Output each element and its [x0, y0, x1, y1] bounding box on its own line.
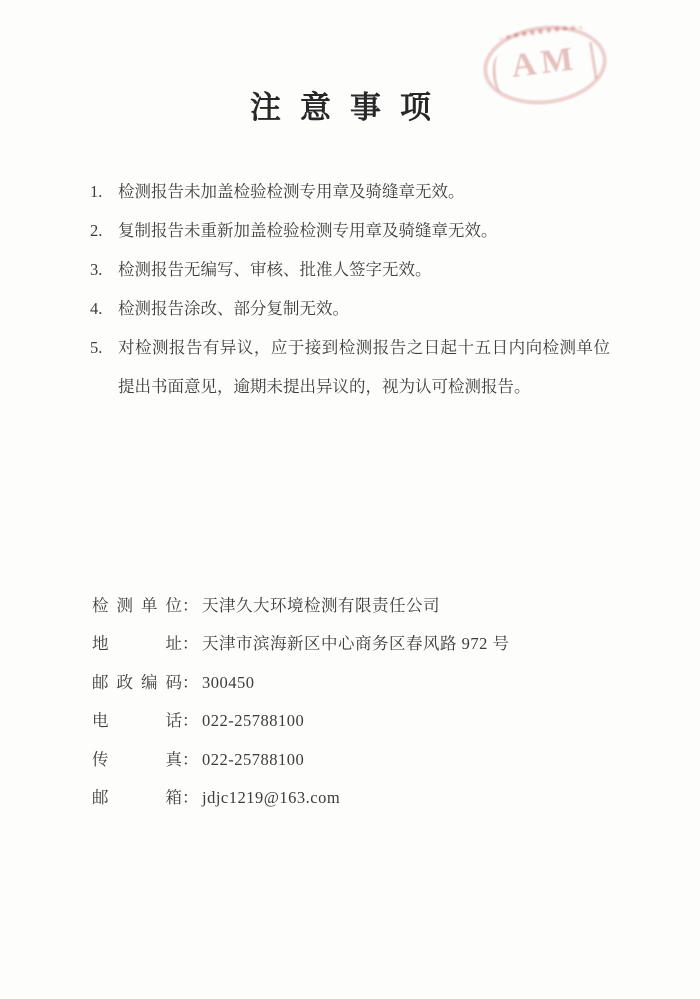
- contact-label: 电话: [92, 702, 182, 740]
- contact-row-fax: 传真：022-25788100: [92, 741, 510, 779]
- contact-colon: ：: [182, 702, 202, 740]
- contact-value: 300450: [202, 673, 255, 692]
- contact-value: 022-25788100: [202, 711, 304, 730]
- note-item-5: 5. 对检测报告有异议，应于接到检测报告之日起十五日内向检测单位提出书面意见，逾…: [90, 328, 612, 406]
- contact-row-postal-code: 邮政编码：300450: [92, 664, 510, 702]
- note-text: 检测报告无编写、审核、批准人签字无效。: [118, 250, 610, 289]
- contact-row-phone: 电话：022-25788100: [92, 702, 510, 740]
- note-item-3: 3. 检测报告无编写、审核、批准人签字无效。: [90, 250, 612, 289]
- stamp-right-arc: [583, 42, 598, 80]
- note-text: 检测报告涂改、部分复制无效。: [118, 289, 610, 328]
- note-number: 2.: [90, 211, 118, 250]
- contact-label: 邮政编码: [92, 664, 182, 702]
- contact-label: 传真: [92, 741, 182, 779]
- note-text: 检测报告未加盖检验检测专用章及骑缝章无效。: [118, 172, 610, 211]
- note-number: 4.: [90, 289, 118, 328]
- contact-row-email: 邮箱：jdjc1219@163.com: [92, 779, 510, 817]
- contact-row-address: 地址：天津市滨海新区中心商务区春风路 972 号: [92, 625, 510, 663]
- note-number: 3.: [90, 250, 118, 289]
- contact-colon: ：: [182, 664, 202, 702]
- contact-section: 检测单位：天津久大环境检测有限责任公司 地址：天津市滨海新区中心商务区春风路 9…: [92, 587, 510, 817]
- notice-list: 1. 检测报告未加盖检验检测专用章及骑缝章无效。 2. 复制报告未重新加盖检验检…: [90, 172, 612, 406]
- stamp-arc-text: [499, 23, 584, 45]
- contact-colon: ：: [182, 779, 202, 817]
- note-text: 对检测报告有异议，应于接到检测报告之日起十五日内向检测单位提出书面意见，逾期未提…: [118, 328, 610, 406]
- contact-value: 天津久大环境检测有限责任公司: [202, 596, 440, 615]
- contact-value: 022-25788100: [202, 750, 304, 769]
- contact-value: jdjc1219@163.com: [202, 788, 340, 807]
- note-item-4: 4. 检测报告涂改、部分复制无效。: [90, 289, 612, 328]
- note-number: 5.: [90, 328, 118, 406]
- note-item-1: 1. 检测报告未加盖检验检测专用章及骑缝章无效。: [90, 172, 612, 211]
- contact-label: 邮箱: [92, 779, 182, 817]
- note-text: 复制报告未重新加盖检验检测专用章及骑缝章无效。: [118, 211, 610, 250]
- contact-row-testing-unit: 检测单位：天津久大环境检测有限责任公司: [92, 587, 510, 625]
- note-item-2: 2. 复制报告未重新加盖检验检测专用章及骑缝章无效。: [90, 211, 612, 250]
- contact-colon: ：: [182, 625, 202, 663]
- contact-label: 检测单位: [92, 587, 182, 625]
- contact-label: 地址: [92, 625, 182, 663]
- document-page: AM 注意事项 1. 检测报告未加盖检验检测专用章及骑缝章无效。 2. 复制报告…: [0, 0, 700, 999]
- note-number: 1.: [90, 172, 118, 211]
- contact-colon: ：: [182, 741, 202, 779]
- contact-colon: ：: [182, 587, 202, 625]
- page-title: 注意事项: [0, 82, 700, 127]
- contact-value: 天津市滨海新区中心商务区春风路 972 号: [202, 634, 510, 653]
